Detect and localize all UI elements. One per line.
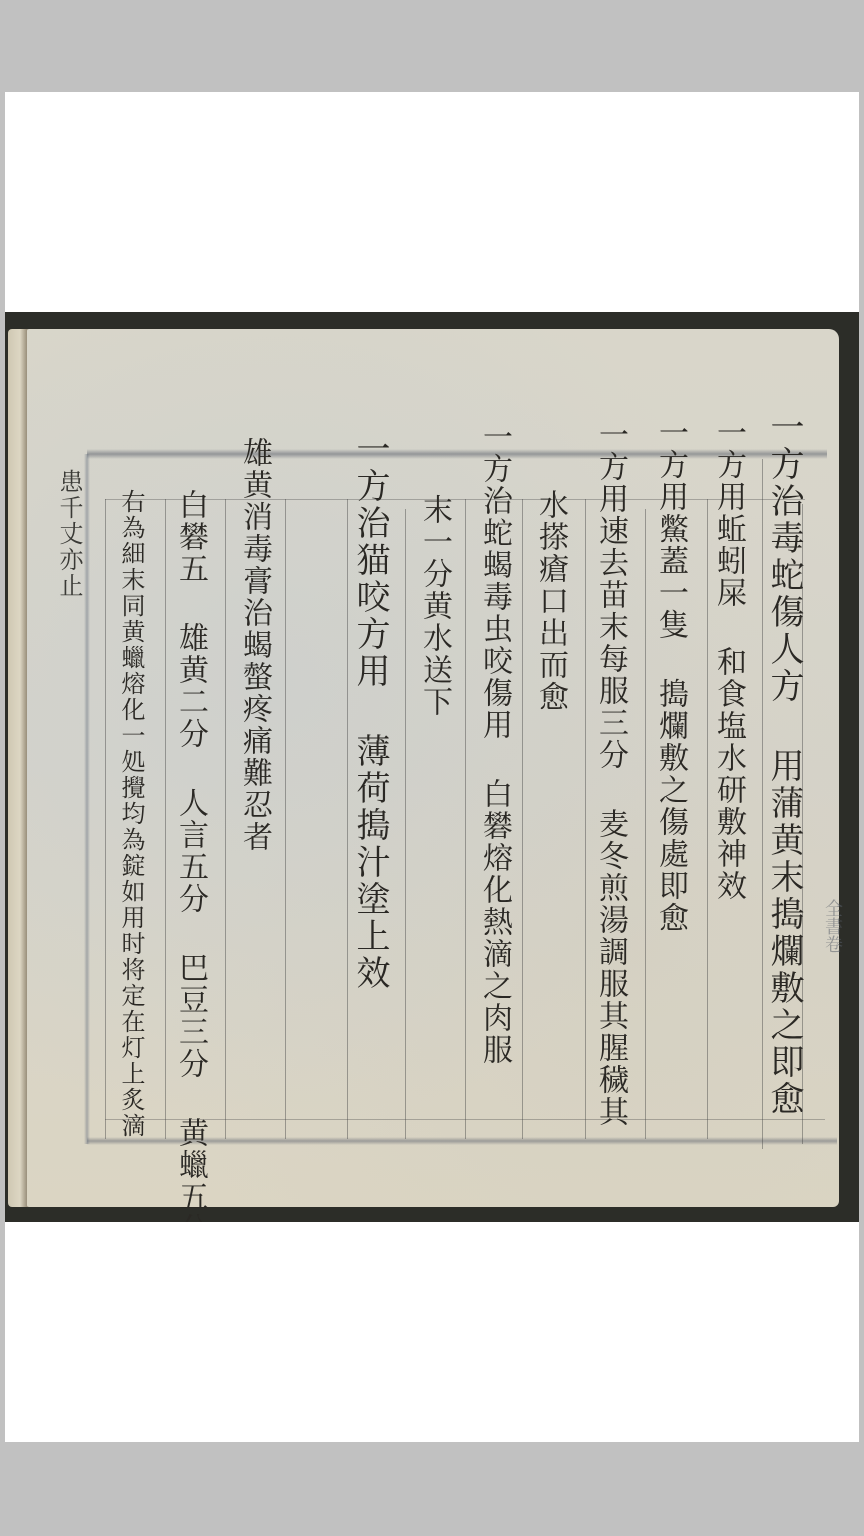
footer-rule — [105, 1119, 825, 1120]
column-rule — [465, 499, 466, 1139]
left-margin-note: 患千丈亦止 — [57, 469, 81, 599]
text-column-1: 一方治毒蛇傷人方 用蒲黄末搗爛敷之即愈 — [767, 409, 801, 1118]
text-column-3: 一方用鱉蓋一隻 搗爛敷之傷處即愈 — [655, 417, 685, 934]
manuscript-page: 一方治毒蛇傷人方 用蒲黄末搗爛敷之即愈 一方用蚯蚓屎 和食塩水研敷神效 一方用鱉… — [27, 329, 839, 1207]
column-rule — [285, 499, 286, 1139]
document-scan: 一方治毒蛇傷人方 用蒲黄末搗爛敷之即愈 一方用蚯蚓屎 和食塩水研敷神效 一方用鱉… — [5, 312, 859, 1222]
column-rule — [585, 499, 586, 1139]
text-column-6: 一方治蛇蝎毒虫咬傷用 白礬熔化熱滴之肉服 — [479, 421, 509, 1066]
header-rule — [105, 499, 805, 500]
text-column-4: 一方用速去苗末每服三分 麦冬煎湯調服其腥穢其 — [595, 419, 625, 1128]
text-column-5: 水搽瘡口出而愈 — [535, 489, 565, 713]
column-rule — [645, 509, 646, 1139]
text-column-11: 右為細末同黄蠟熔化一処攪均為錠如用时将定在灯上炙滴 — [119, 489, 143, 1139]
column-rule — [105, 499, 106, 1139]
text-column-8: 一方治猫咬方用 薄荷搗汁塗上效 — [353, 431, 387, 992]
text-column-7: 末一分黄水送下 — [419, 494, 449, 718]
text-column-2: 一方用蚯蚓屎 和食塩水研敷神效 — [713, 417, 743, 902]
column-rule — [405, 509, 406, 1139]
column-rule — [225, 499, 226, 1139]
frame-left-border — [84, 454, 90, 1144]
column-rule — [165, 499, 166, 1139]
right-margin-printed-label: 全書卷 — [819, 899, 845, 953]
column-rule — [347, 499, 348, 1139]
text-column-9: 雄黄消毒膏治蝎螫疼痛難忍者 — [239, 437, 269, 853]
text-column-10: 白礬五 雄黄二分 人言五分 巴豆三分 黄蠟五分 — [175, 489, 205, 1222]
page-fold-edge — [8, 329, 28, 1207]
column-rule — [707, 499, 708, 1139]
column-rule — [762, 459, 763, 1149]
column-rule — [522, 499, 523, 1139]
